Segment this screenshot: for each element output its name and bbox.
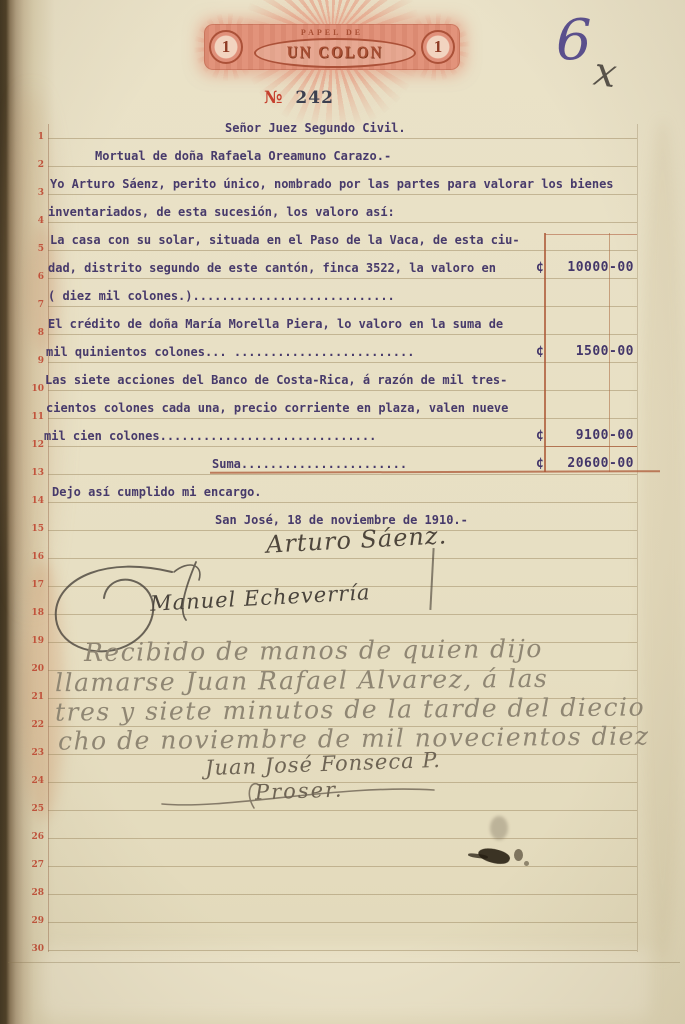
- amount-value: 1500-00: [548, 344, 634, 360]
- ruled-line: [48, 922, 637, 923]
- ruled-line: [48, 838, 637, 839]
- ruled-line: [48, 950, 637, 951]
- page-number-annotation: 6: [556, 8, 592, 73]
- typed-text: dad, distrito segundo de este cantón, fi…: [48, 260, 496, 276]
- typed-text: cientos colones cada una, precio corrien…: [46, 400, 508, 416]
- paper-crease: [8, 962, 680, 963]
- signature-flourish: [158, 778, 448, 812]
- currency-symbol: ¢: [536, 260, 544, 276]
- ink-smudge: [490, 816, 508, 840]
- document-number: № 242: [264, 88, 334, 108]
- amount-value: 20600-00: [548, 456, 634, 472]
- typed-text: Dejo así cumplido mi encargo.: [52, 484, 262, 500]
- typed-line: mil cien colones........................…: [0, 428, 685, 444]
- stamp-oval: UN COLON: [254, 38, 416, 68]
- ruled-line: [48, 894, 637, 895]
- line-number: 17: [20, 580, 44, 590]
- ruled-line: [48, 334, 637, 335]
- line-number: 18: [20, 608, 44, 618]
- ruled-line: [48, 138, 637, 139]
- line-number: 20: [20, 664, 44, 674]
- receipt-line: llamarse Juan Rafael Alvarez, á las: [55, 664, 549, 697]
- typed-line: cientos colones cada una, precio corrien…: [0, 400, 685, 416]
- left-margin-line: [48, 124, 49, 952]
- typed-line: Mortual de doña Rafaela Oreamuno Carazo.…: [0, 148, 685, 164]
- stamp-band: 1 1 PAPEL DE UN COLON: [204, 24, 460, 70]
- amount-value: 9100-00: [548, 428, 634, 444]
- typed-line: mil quinientos colones... ..............…: [0, 344, 685, 360]
- stamp-small-text: PAPEL DE: [204, 28, 460, 37]
- line-number: 29: [20, 916, 44, 926]
- typed-text: Suma.......................: [212, 456, 407, 472]
- currency-symbol: ¢: [536, 456, 544, 472]
- typed-text: El crédito de doña María Morella Piera, …: [48, 316, 503, 332]
- currency-symbol: ¢: [536, 428, 544, 444]
- typed-line: dad, distrito segundo de este cantón, fi…: [0, 260, 685, 276]
- line-number: 24: [20, 776, 44, 786]
- ruled-line: [48, 194, 637, 195]
- typed-text: Yo Arturo Sáenz, perito único, nombrado …: [50, 176, 614, 192]
- line-number: 23: [20, 748, 44, 758]
- typed-line: El crédito de doña María Morella Piera, …: [0, 316, 685, 332]
- typed-text: Mortual de doña Rafaela Oreamuno Carazo.…: [95, 148, 391, 164]
- stamp-value-text: UN COLON: [287, 43, 383, 63]
- typed-text: ( diez mil colones.)....................…: [48, 288, 395, 304]
- ink-blot: [468, 853, 488, 860]
- right-margin-line: [637, 124, 638, 952]
- typed-line: Yo Arturo Sáenz, perito único, nombrado …: [0, 176, 685, 192]
- ruled-line: [48, 306, 637, 307]
- line-number: 16: [20, 552, 44, 562]
- ruled-line: [48, 222, 637, 223]
- line-number: 19: [20, 636, 44, 646]
- typed-line: Suma.......................¢20600-00: [0, 456, 685, 472]
- ruled-line: [48, 502, 637, 503]
- typed-line: La casa con su solar, situada en el Paso…: [0, 232, 685, 248]
- line-number: 25: [20, 804, 44, 814]
- document-page: 1234567891011121314151617181920212223242…: [0, 0, 685, 1024]
- number-sign: №: [264, 88, 283, 108]
- ruled-line: [48, 418, 637, 419]
- amount-value: 10000-00: [548, 260, 634, 276]
- ink-blot: [477, 845, 512, 867]
- typed-line: Las siete acciones del Banco de Costa-Ri…: [0, 372, 685, 388]
- typed-text: mil cien colones........................…: [44, 428, 376, 444]
- typed-line: ( diez mil colones.)....................…: [0, 288, 685, 304]
- amount-box-line: [545, 446, 637, 447]
- check-mark-annotation: x: [591, 49, 620, 98]
- typed-text: Las siete acciones del Banco de Costa-Ri…: [45, 372, 507, 388]
- currency-symbol: ¢: [536, 344, 544, 360]
- typed-text: inventariados, de esta sucesión, los val…: [48, 204, 395, 220]
- line-number: 22: [20, 720, 44, 730]
- ruled-line: [48, 362, 637, 363]
- receipt-line: Recibido de manos de quien dijo: [84, 634, 543, 667]
- ruled-line: [48, 474, 637, 475]
- ruled-line: [48, 250, 637, 251]
- line-number: 30: [20, 944, 44, 954]
- typed-text: La casa con su solar, situada en el Paso…: [50, 232, 520, 248]
- ruled-line: [48, 390, 637, 391]
- line-number: 27: [20, 860, 44, 870]
- ruled-line: [48, 866, 637, 867]
- ruled-line: [48, 166, 637, 167]
- line-number: 21: [20, 692, 44, 702]
- line-number: 26: [20, 832, 44, 842]
- typed-line: inventariados, de esta sucesión, los val…: [0, 204, 685, 220]
- paper-stain: [40, 948, 650, 1018]
- document-number-value: 242: [295, 88, 334, 108]
- typed-text: mil quinientos colones... ..............…: [46, 344, 414, 360]
- typed-line: San José, 18 de noviembre de 1910.-: [0, 512, 685, 528]
- ruled-line: [48, 278, 637, 279]
- typed-line: Dejo así cumplido mi encargo.: [0, 484, 685, 500]
- line-number: 28: [20, 888, 44, 898]
- ink-blot: [514, 849, 523, 861]
